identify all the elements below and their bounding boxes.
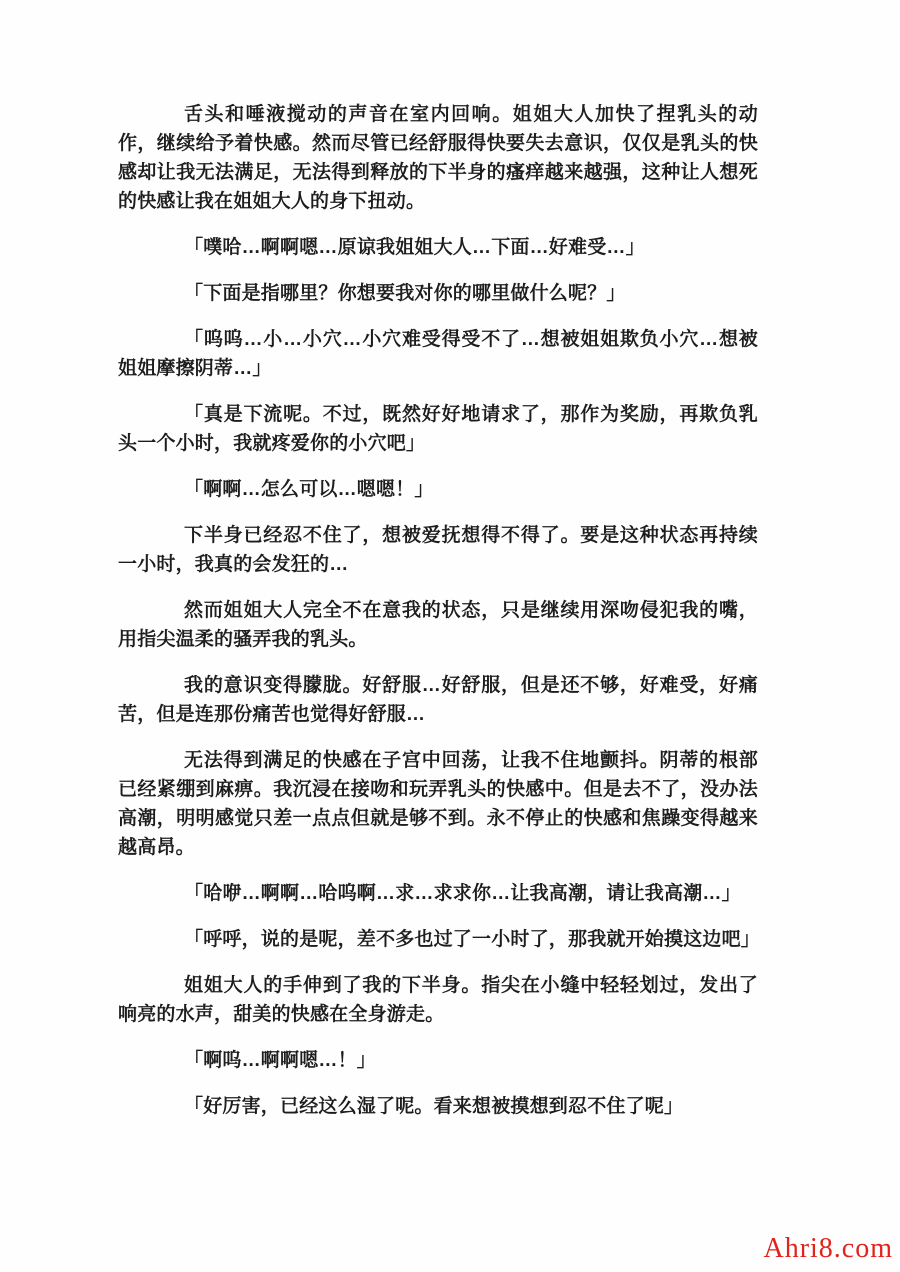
paragraph: 「好厉害，已经这么湿了呢。看来想被摸想到忍不住了呢」: [118, 1092, 758, 1121]
site-watermark: Ahri8.com: [763, 1233, 893, 1265]
paragraph: 「下面是指哪里？你想要我对你的哪里做什么呢？」: [118, 279, 758, 308]
paragraph: 「啊呜…啊啊嗯…！」: [118, 1046, 758, 1075]
page-text: 舌头和唾液搅动的声音在室内回响。姐姐大人加快了捏乳头的动作，继续给予着快感。然而…: [118, 100, 758, 1121]
paragraph: 「呜呜…小…小穴…小穴难受得受不了…想被姐姐欺负小穴…想被姐姐摩擦阴蒂…」: [118, 325, 758, 383]
paragraph: 「噗哈…啊啊嗯…原谅我姐姐大人…下面…好难受…」: [118, 233, 758, 262]
paragraph: 我的意识变得朦胧。好舒服…好舒服，但是还不够，好难受，好痛苦，但是连那份痛苦也觉…: [118, 671, 758, 729]
document-page: 舌头和唾液搅动的声音在室内回响。姐姐大人加快了捏乳头的动作，继续给予着快感。然而…: [0, 0, 900, 1272]
paragraph: 姐姐大人的手伸到了我的下半身。指尖在小缝中轻轻划过，发出了响亮的水声，甜美的快感…: [118, 971, 758, 1029]
paragraph: 「哈咿…啊啊…哈呜啊…求…求求你…让我高潮，请让我高潮…」: [118, 879, 758, 908]
paragraph: 「啊啊…怎么可以…嗯嗯！」: [118, 475, 758, 504]
paragraph: 「真是下流呢。不过，既然好好地请求了，那作为奖励，再欺负乳头一个小时，我就疼爱你…: [118, 400, 758, 458]
paragraph: 无法得到满足的快感在子宫中回荡，让我不住地颤抖。阴蒂的根部已经紧绷到麻痹。我沉浸…: [118, 746, 758, 862]
paragraph: 然而姐姐大人完全不在意我的状态，只是继续用深吻侵犯我的嘴，用指尖温柔的骚弄我的乳…: [118, 596, 758, 654]
paragraph: 下半身已经忍不住了，想被爱抚想得不得了。要是这种状态再持续一小时，我真的会发狂的…: [118, 521, 758, 579]
paragraph: 「呼呼，说的是呢，差不多也过了一小时了，那我就开始摸这边吧」: [118, 925, 758, 954]
paragraph: 舌头和唾液搅动的声音在室内回响。姐姐大人加快了捏乳头的动作，继续给予着快感。然而…: [118, 100, 758, 216]
